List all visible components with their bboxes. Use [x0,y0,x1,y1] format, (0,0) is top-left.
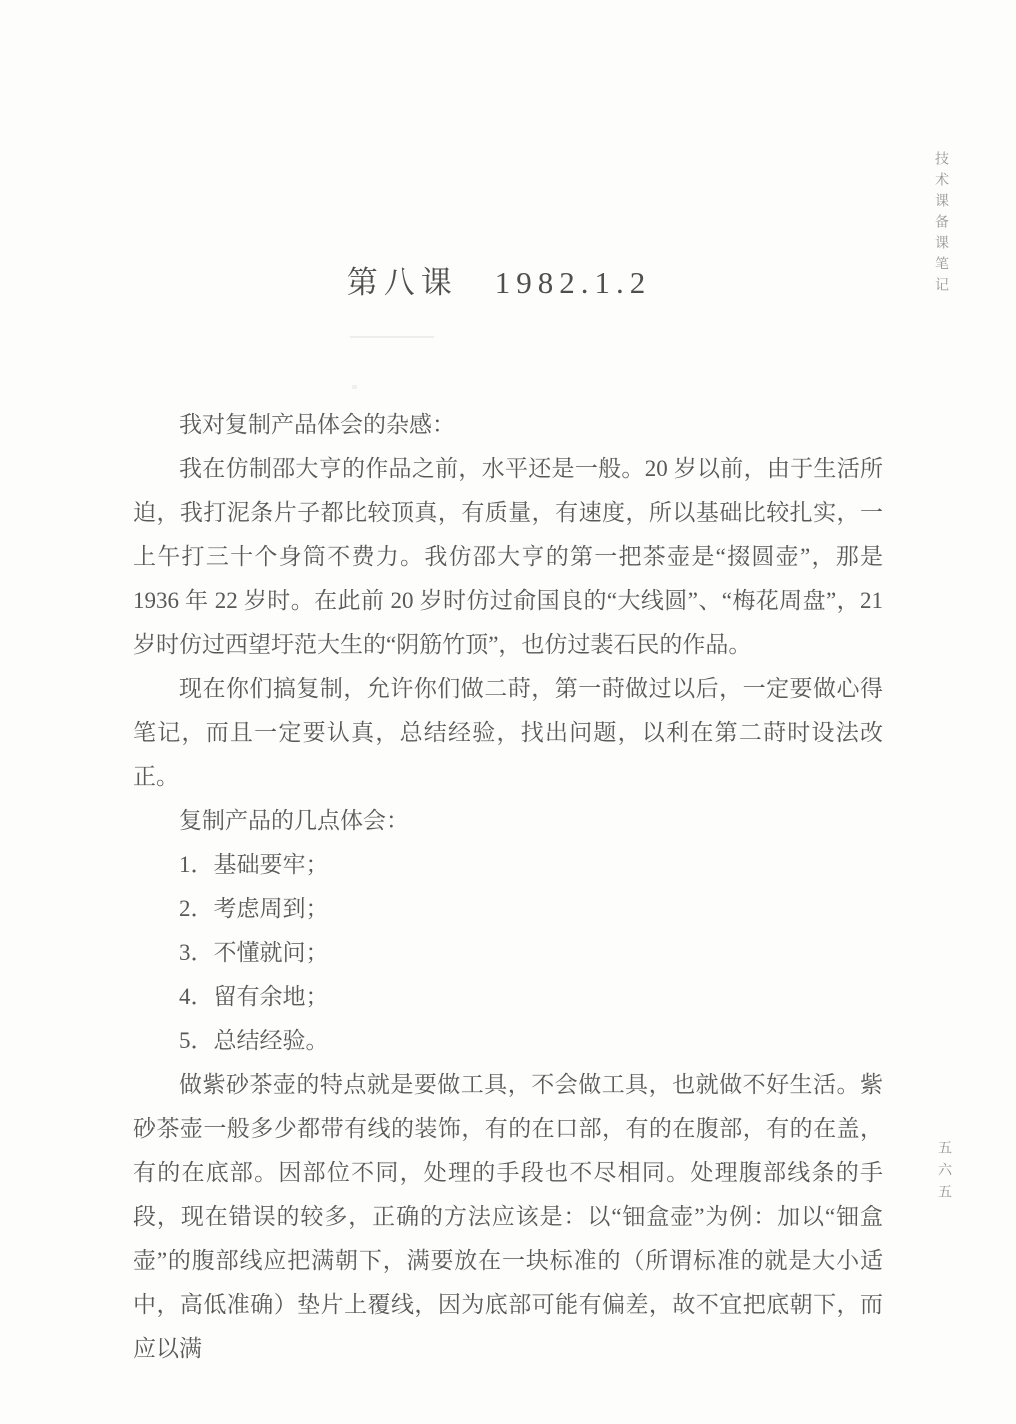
scan-artifact-line [350,336,434,338]
body-text-block: 我对复制产品体会的杂感： 我在仿制邵大亨的作品之前，水平还是一般。20 岁以前，… [133,403,883,1371]
paragraph-history: 我在仿制邵大亨的作品之前，水平还是一般。20 岁以前，由于生活所迫，我打泥条片子… [133,447,883,667]
lesson-title: 第八课 1982.1.2 [123,257,875,302]
folio-page-number-vertical: 五六五 [933,1140,953,1206]
paragraph-list-heading: 复制产品的几点体会： [133,799,883,843]
list-item-5: 5．总结经验。 [133,1019,883,1063]
paragraph-advice: 现在你们搞复制，允许你们做二莳，第一莳做过以后，一定要做心得笔记，而且一定要认真… [133,667,883,799]
scanned-book-page: 技术课备课笔记 五六五 第八课 1982.1.2 我对复制产品体会的杂感： 我在… [0,0,1016,1424]
list-item-1: 1．基础要牢； [133,843,883,887]
list-item-3: 3．不懂就问； [133,931,883,975]
scan-artifact-dot [352,385,357,389]
list-item-4: 4．留有余地； [133,975,883,1019]
paragraph-tools-and-lines: 做紫砂茶壶的特点就是要做工具，不会做工具，也就做不好生活。紫砂茶壶一般多少都带有… [133,1063,883,1371]
list-item-2: 2．考虑周到； [133,887,883,931]
margin-caption-vertical: 技术课备课笔记 [930,151,950,298]
paragraph-intro: 我对复制产品体会的杂感： [133,403,883,447]
